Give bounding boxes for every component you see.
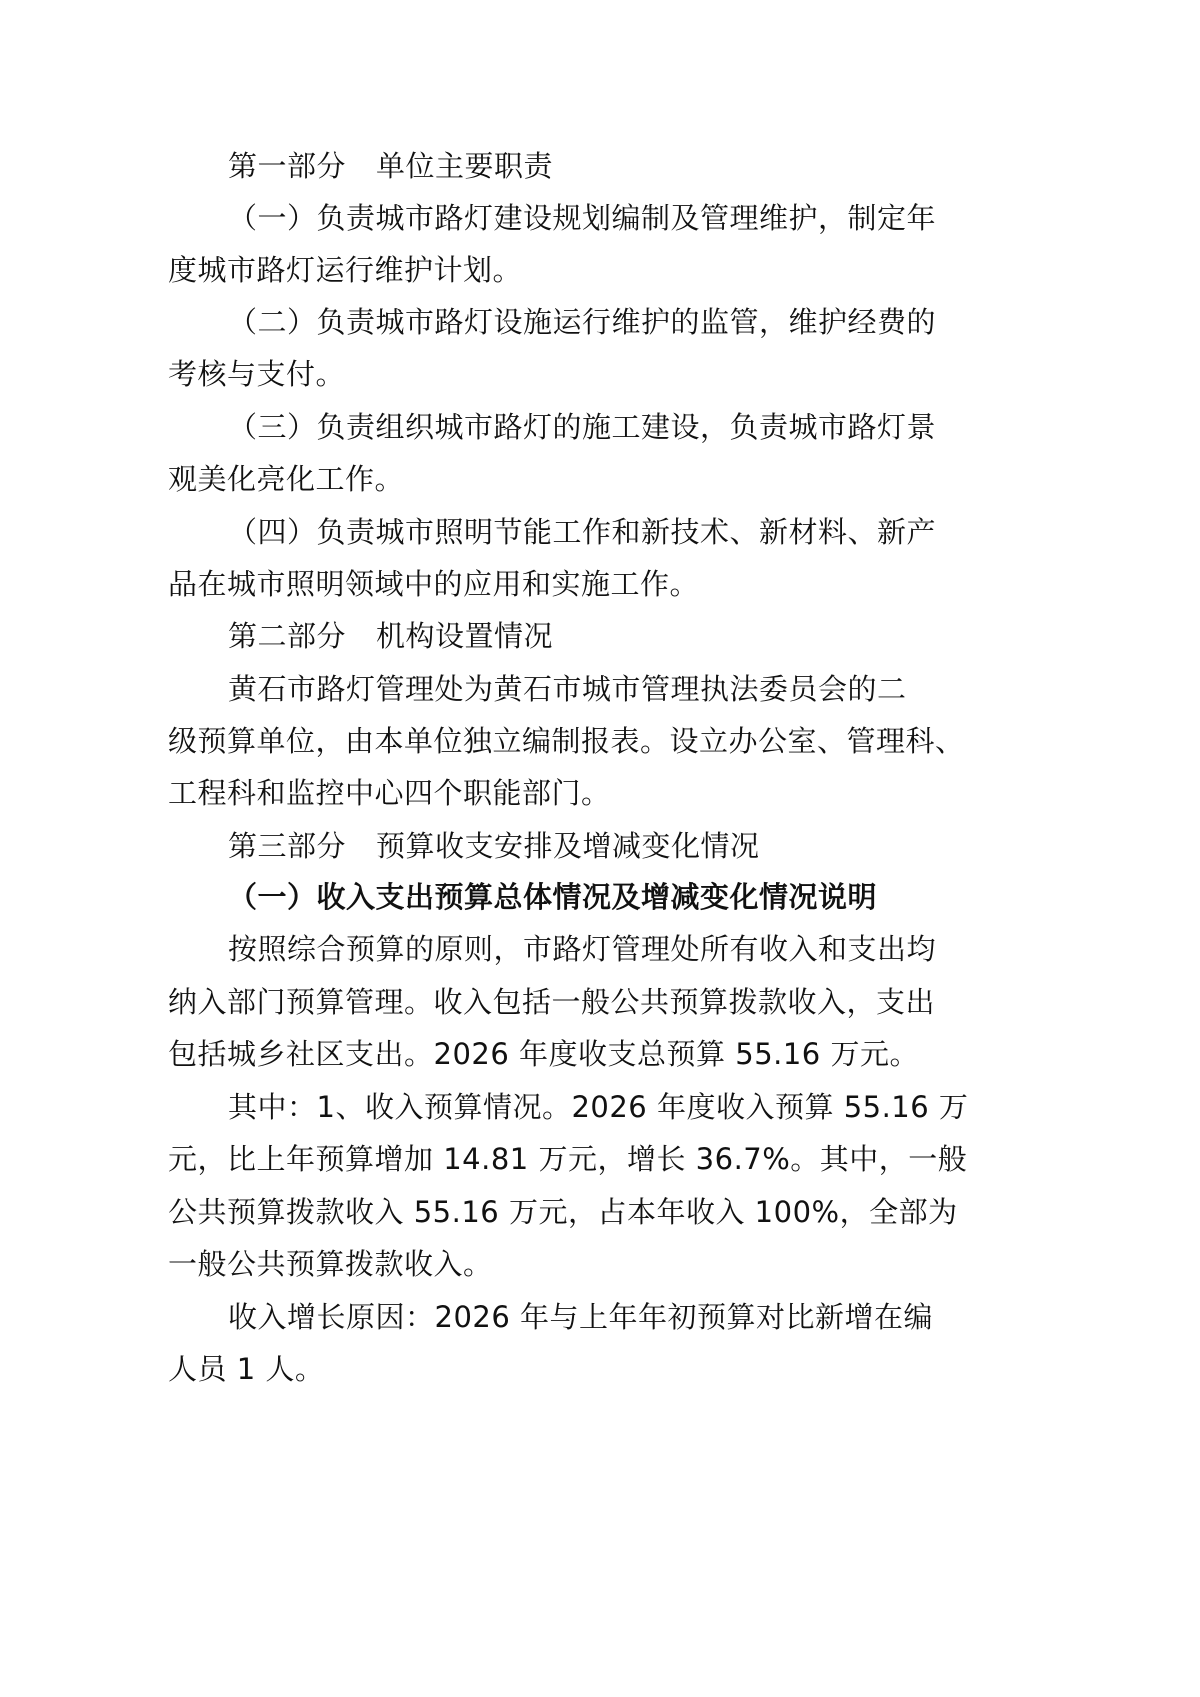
paragraph-line: 黄石市路灯管理处为黄石市城市管理执法委员会的二 bbox=[228, 669, 907, 709]
paragraph-line: 包括城乡社区支出。2026 年度收支总预算 55.16 万元。 bbox=[168, 1034, 919, 1074]
paragraph-line: 一般公共预算拨款收入。 bbox=[168, 1244, 493, 1284]
section-heading-part-1: 第一部分单位主要职责 bbox=[228, 146, 553, 186]
paragraph-line: 考核与支付。 bbox=[168, 354, 345, 394]
paragraph-line: （四）负责城市照明节能工作和新技术、新材料、新产 bbox=[228, 512, 936, 552]
paragraph-line: 级预算单位，由本单位独立编制报表。设立办公室、管理科、 bbox=[168, 721, 965, 761]
paragraph-line: （二）负责城市路灯设施运行维护的监管，维护经费的 bbox=[228, 302, 936, 342]
paragraph-line: （三）负责组织城市路灯的施工建设，负责城市路灯景 bbox=[228, 407, 936, 447]
part-title: 预算收支安排及增减变化情况 bbox=[376, 829, 760, 863]
part-label: 第二部分 bbox=[228, 619, 346, 653]
paragraph-line: 元，比上年预算增加 14.81 万元，增长 36.7%。其中，一般 bbox=[168, 1139, 967, 1179]
paragraph-line: 其中：1、收入预算情况。2026 年度收入预算 55.16 万 bbox=[228, 1087, 968, 1127]
part-label: 第一部分 bbox=[228, 149, 346, 183]
paragraph-line: 纳入部门预算管理。收入包括一般公共预算拨款收入，支出 bbox=[168, 982, 935, 1022]
part-title: 单位主要职责 bbox=[376, 149, 553, 183]
paragraph-line: （一）负责城市路灯建设规划编制及管理维护，制定年 bbox=[228, 198, 936, 238]
section-heading-part-2: 第二部分机构设置情况 bbox=[228, 616, 553, 656]
paragraph-line: 人员 1 人。 bbox=[168, 1349, 324, 1389]
section-heading-part-3: 第三部分预算收支安排及增减变化情况 bbox=[228, 826, 760, 866]
paragraph-line: 工程科和监控中心四个职能部门。 bbox=[168, 773, 611, 813]
part-title: 机构设置情况 bbox=[376, 619, 553, 653]
part-label: 第三部分 bbox=[228, 829, 346, 863]
paragraph-line: 观美化亮化工作。 bbox=[168, 459, 404, 499]
subheading: （一）收入支出预算总体情况及增减变化情况说明 bbox=[228, 877, 877, 917]
paragraph-line: 度城市路灯运行维护计划。 bbox=[168, 250, 522, 290]
paragraph-line: 收入增长原因：2026 年与上年年初预算对比新增在编 bbox=[228, 1297, 933, 1337]
paragraph-line: 公共预算拨款收入 55.16 万元，占本年收入 100%，全部为 bbox=[168, 1192, 958, 1232]
paragraph-line: 按照综合预算的原则，市路灯管理处所有收入和支出均 bbox=[228, 929, 936, 969]
paragraph-line: 品在城市照明领域中的应用和实施工作。 bbox=[168, 564, 699, 604]
